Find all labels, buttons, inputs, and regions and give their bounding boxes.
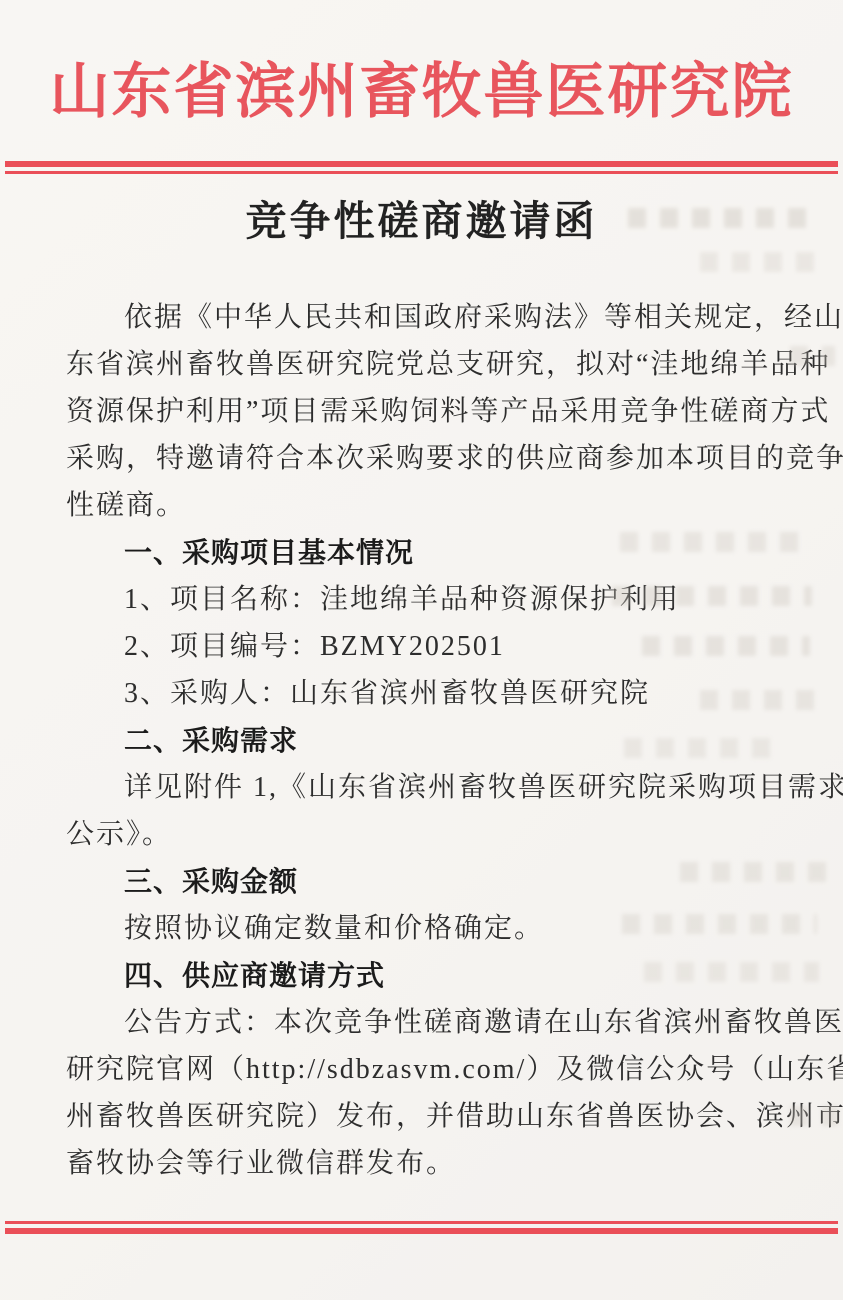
- section-heading-1: 一、采购项目基本情况: [66, 529, 788, 576]
- divider-thick-line: [5, 1228, 838, 1234]
- letterhead-org-name: 山东省滨州畜牧兽医研究院: [0, 44, 843, 140]
- paragraph-line: 采购，特邀请符合本次采购要求的供应商参加本项目的竞争: [66, 435, 788, 482]
- paragraph-line: 公示》。: [66, 811, 788, 858]
- list-item-purchaser: 3、采购人：山东省滨州畜牧兽医研究院: [66, 670, 788, 717]
- paragraph-line-with-url: 研究院官网（http://sdbzasvm.com/）及微信公众号（山东省滨: [66, 1046, 788, 1093]
- document-body: 依据《中华人民共和国政府采购法》等相关规定，经山 东省滨州畜牧兽医研究院党总支研…: [66, 294, 788, 1187]
- document-title: 竞争性磋商邀请函: [0, 188, 843, 247]
- scanned-document-page: 山东省滨州畜牧兽医研究院 竞争性磋商邀请函 依据《中华人民共和国政府采购法》等相…: [0, 0, 843, 1300]
- paragraph-line: 性磋商。: [66, 482, 788, 529]
- section-heading-4: 四、供应商邀请方式: [66, 952, 788, 999]
- paragraph-line: 依据《中华人民共和国政府采购法》等相关规定，经山: [66, 294, 788, 341]
- footer-divider: [5, 1221, 838, 1234]
- section-heading-3: 三、采购金额: [66, 858, 788, 905]
- list-item-project-name: 1、项目名称：洼地绵羊品种资源保护利用: [66, 576, 788, 623]
- paragraph-line: 按照协议确定数量和价格确定。: [66, 905, 788, 952]
- section-heading-2: 二、采购需求: [66, 717, 788, 764]
- bleed-through-artifact: [700, 252, 815, 272]
- paragraph-line: 公告方式：本次竞争性磋商邀请在山东省滨州畜牧兽医: [66, 999, 788, 1046]
- list-item-project-number: 2、项目编号：BZMY202501: [66, 623, 788, 670]
- letterhead-divider: [5, 161, 838, 174]
- divider-thin-line: [5, 171, 838, 174]
- paragraph-line: 州畜牧兽医研究院）发布，并借助山东省兽医协会、滨州市: [66, 1093, 788, 1140]
- paragraph-line: 畜牧协会等行业微信群发布。: [66, 1140, 788, 1187]
- paragraph-line: 资源保护利用”项目需采购饲料等产品采用竞争性磋商方式: [66, 388, 788, 435]
- paragraph-line: 东省滨州畜牧兽医研究院党总支研究，拟对“洼地绵羊品种: [66, 341, 788, 388]
- paragraph-line: 详见附件 1,《山东省滨州畜牧兽医研究院采购项目需求: [66, 764, 788, 811]
